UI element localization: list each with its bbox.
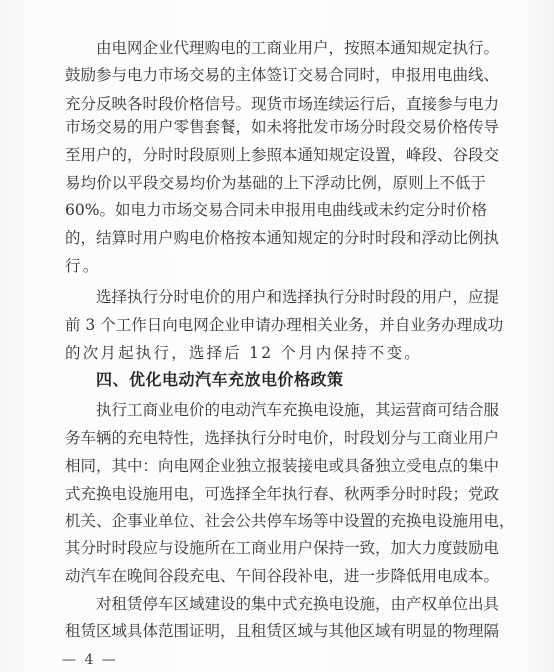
paragraph-line: 选择执行分时电价的用户和选择执行分时时段的用户，应提	[96, 286, 486, 308]
paragraph-line: 的，结算时用户购电价格按本通知规定的分时时段和浮动比例执	[65, 227, 486, 249]
paragraph-line: 前 3 个工作日向电网企业申请办理相关业务，并自业务办理成功	[65, 314, 486, 336]
paragraph-line: 其分时时段应与设施所在工商业用户保持一致，加大力度鼓励电	[65, 537, 486, 559]
document-page: 由电网企业代理购电的工商业用户，按照本通知规定执行。 鼓励参与电力市场交易的主体…	[0, 0, 554, 672]
paragraph-line: 由电网企业代理购电的工商业用户，按照本通知规定执行。	[96, 37, 486, 59]
paragraph-line: 市场交易的用户零售套餐，如未将批发市场分时段交易价格传导	[65, 116, 486, 138]
paragraph-line: 式充换电设施用电，可选择全年执行春、秋两季分时时段；党政	[65, 483, 486, 505]
paragraph-line: 对租赁停车区域建设的集中式充换电设施，由产权单位出具	[96, 593, 486, 615]
section-heading: 四、优化电动汽车充放电价格政策	[96, 369, 486, 391]
paragraph-line: 租赁区域具体范围证明，且租赁区域与其他区域有明显的物理隔	[65, 620, 486, 642]
paragraph-line: 机关、企事业单位、社会公共停车场等中设置的充换电设施用电，	[65, 510, 486, 532]
paragraph-line: 60%。如电力市场交易合同未申报用电曲线或未约定分时价格	[65, 199, 486, 221]
paragraph-line: 相同，其中：向电网企业独立报装接电或具备独立受电点的集中	[65, 455, 486, 477]
paragraph-line: 行。	[65, 255, 486, 277]
paragraph-line: 鼓励参与电力市场交易的主体签订交易合同时，申报用电曲线、	[65, 64, 486, 86]
page-number: — 4 —	[62, 652, 118, 668]
paragraph-line: 执行工商业电价的电动汽车充换电设施，其运营商可结合服	[96, 399, 486, 421]
paragraph-line: 充分反映各时段价格信号。现货市场连续运行后，直接参与电力	[65, 93, 486, 115]
paragraph-line: 动汽车在晚间谷段充电、午间谷段补电，进一步降低用电成本。	[65, 565, 486, 587]
paragraph-line: 务车辆的充电特性，选择执行分时电价，时段划分与工商业用户	[65, 427, 486, 449]
paragraph-line: 至用户的，分时时段原则上参照本通知规定设置，峰段、谷段交	[65, 144, 486, 166]
paragraph-line: 易均价以平段交易均价为基础的上下浮动比例，原则上不低于	[65, 172, 486, 194]
paragraph-line: 的次月起执行，选择后 12 个月内保持不变。	[65, 342, 486, 364]
